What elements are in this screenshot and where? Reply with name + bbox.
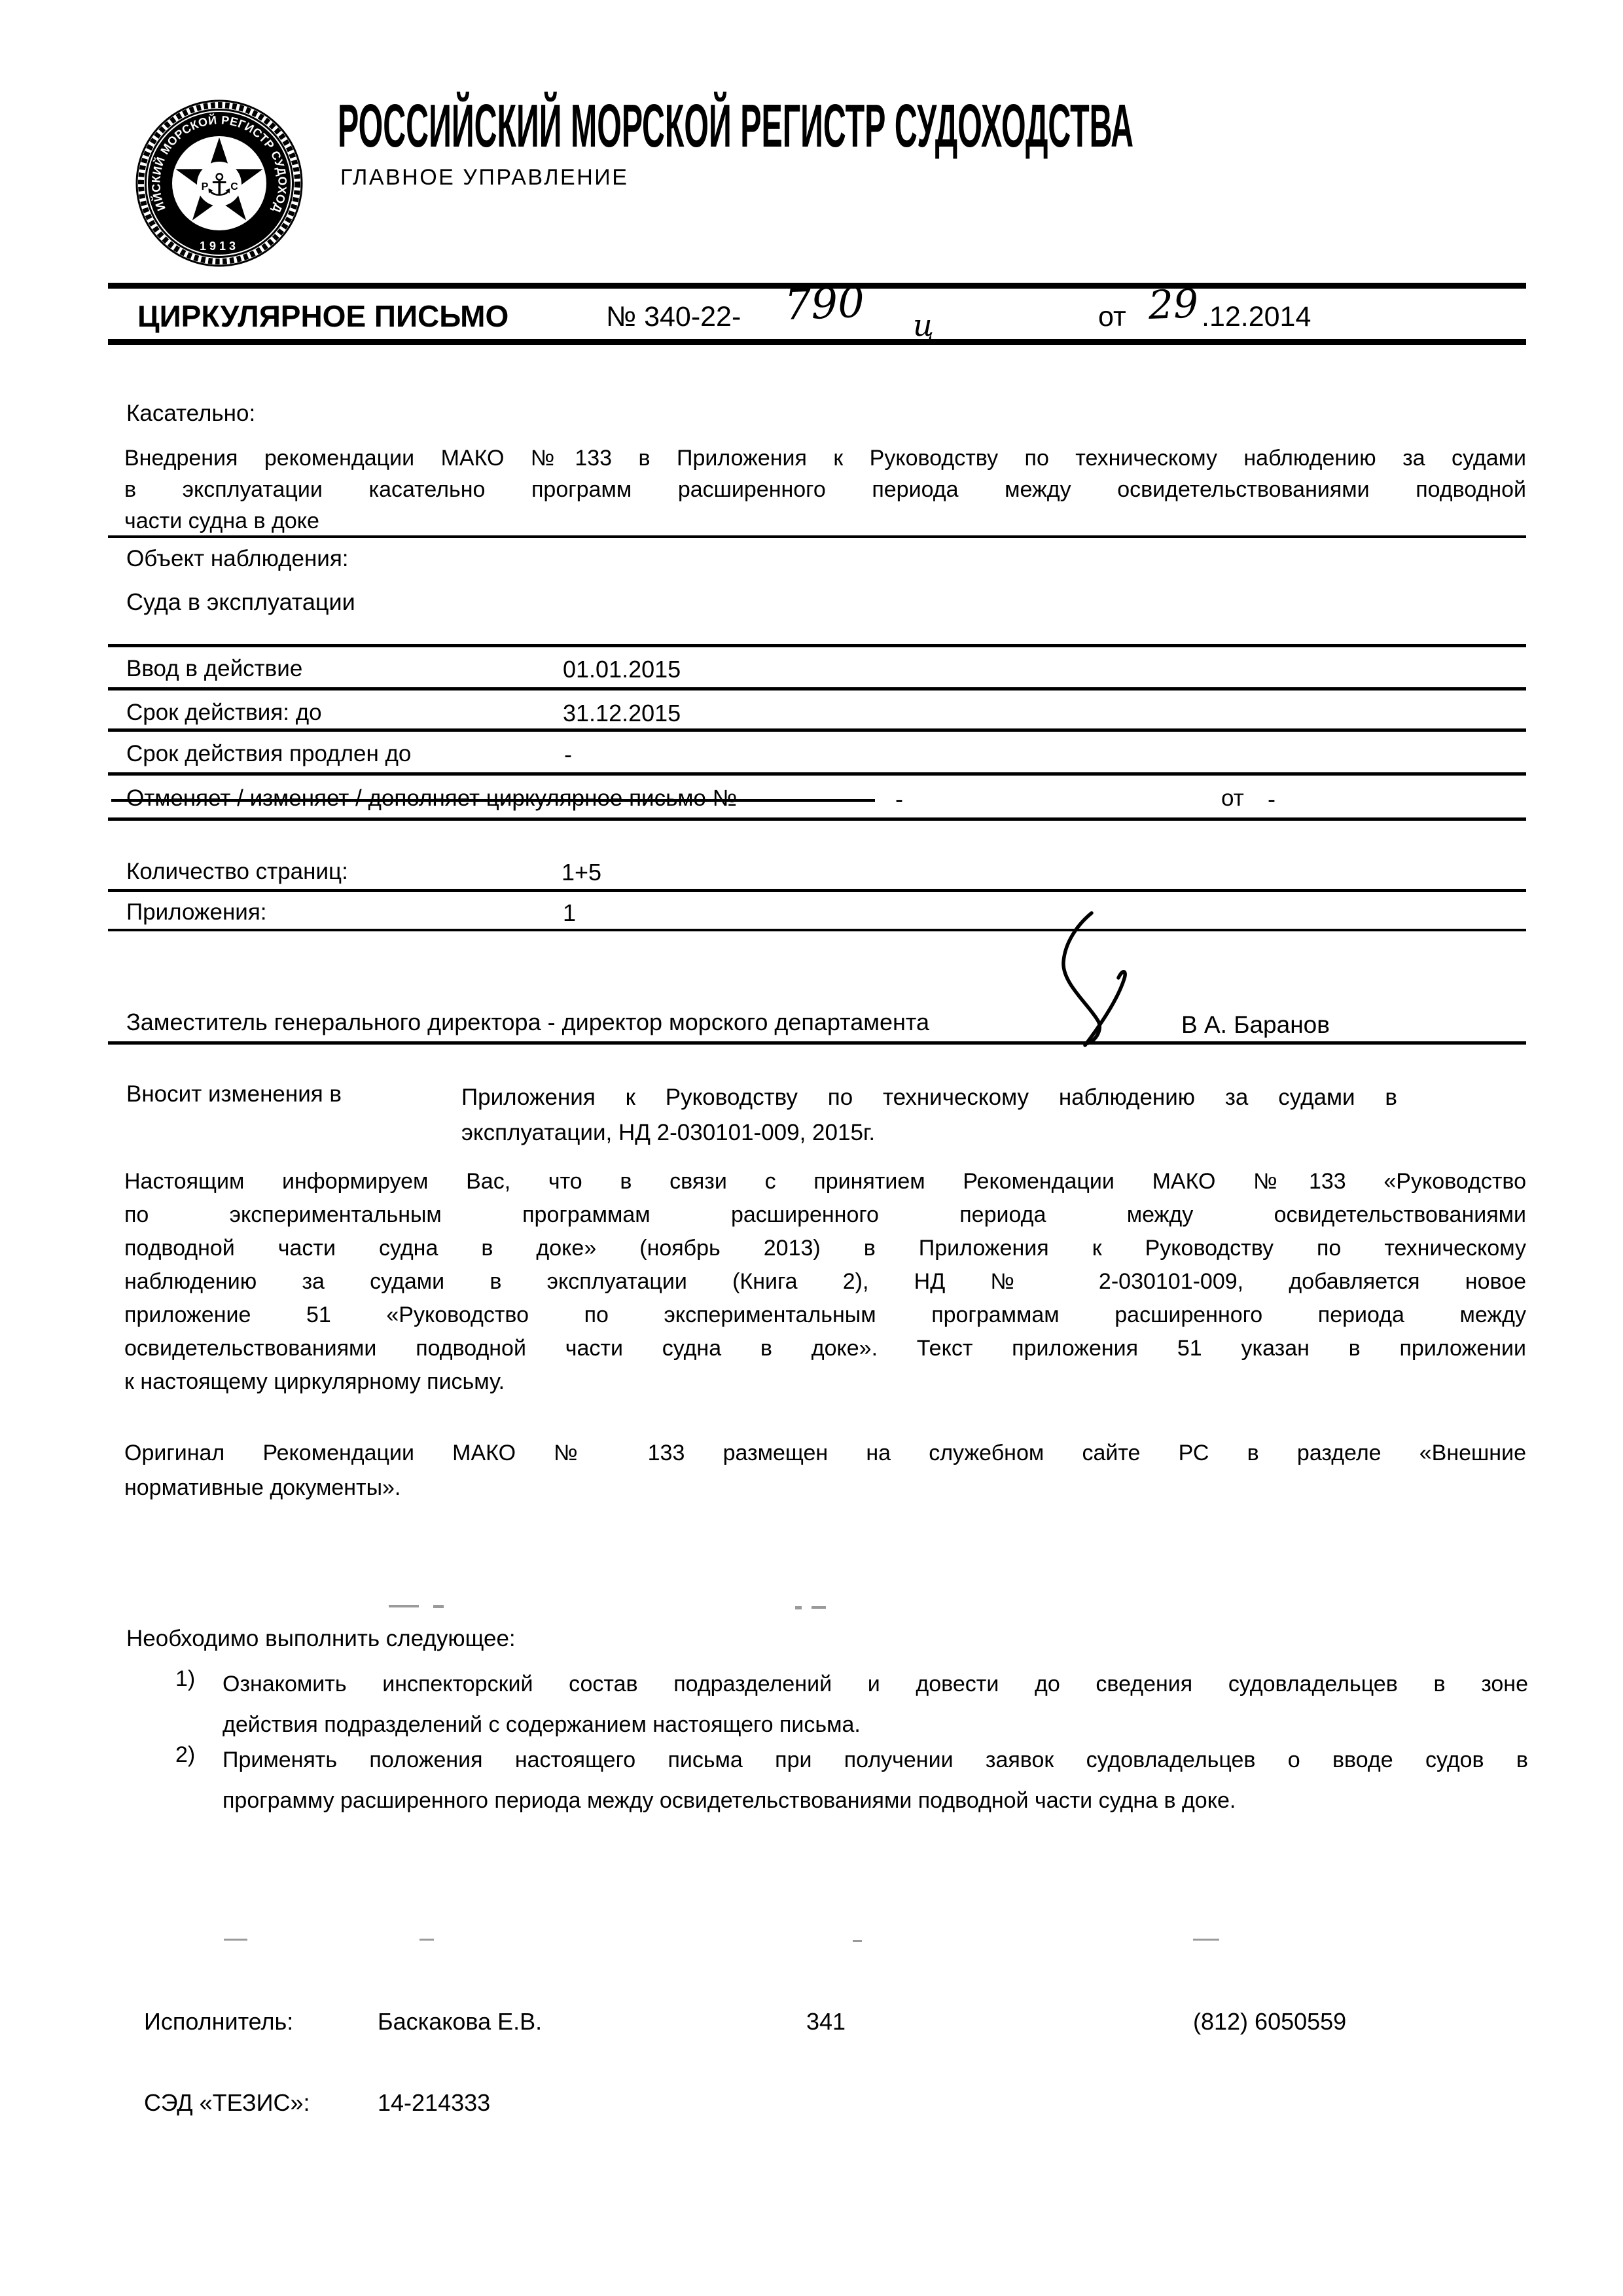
text-line: эксплуатации, НД 2-030101-009, 2015г.: [461, 1115, 1397, 1151]
letter-number-suffix-handwritten: ц: [913, 308, 934, 343]
document-type-title: ЦИРКУЛЯРНОЕ ПИСЬМО: [137, 298, 508, 334]
scan-artifact: [811, 1606, 826, 1609]
list-item: Применять положения настоящего письма пр…: [223, 1740, 1528, 1821]
text-line: подводной части судна в доке» (ноябрь 20…: [124, 1232, 1526, 1265]
text-line: наблюдению за судами в эксплуатации (Кни…: [124, 1265, 1526, 1299]
executor-phone: (812) 6050559: [1193, 2008, 1346, 2036]
table-row-value: -: [564, 741, 572, 768]
text-line: Приложения к Руководству по техническому…: [461, 1080, 1397, 1115]
letter-number-prefix: № 340-22-: [606, 301, 741, 333]
text-line: нормативные документы».: [124, 1471, 1526, 1505]
strikethrough-line: [111, 799, 875, 802]
text-line: освидетельствованиями подводной части су…: [124, 1332, 1526, 1365]
instructions-intro: Необходимо выполнить следующее:: [126, 1626, 516, 1652]
table-rule: [108, 772, 1526, 776]
list-item-number: 2): [175, 1742, 195, 1768]
date-printed: .12.2014: [1202, 301, 1311, 333]
executor-label: Исполнитель:: [144, 2008, 293, 2036]
section-rule: [108, 535, 1526, 538]
table-row-value: 01.01.2015: [563, 656, 681, 683]
signer-name: В А. Баранов: [1181, 1011, 1330, 1039]
regarding-label: Касательно:: [126, 401, 255, 427]
date-day-handwritten: 29: [1148, 281, 1200, 329]
text-line: по экспериментальным программам расширен…: [124, 1198, 1526, 1232]
table-rule: [108, 889, 1526, 892]
amends-target: Приложения к Руководству по техническому…: [461, 1080, 1397, 1151]
logo-letter-s: С: [230, 181, 238, 192]
logo-letter-r: Р: [202, 181, 209, 192]
scan-artifact: [389, 1605, 419, 1607]
from-label: от: [1221, 785, 1244, 812]
handwritten-signature: [1050, 902, 1139, 1052]
scan-artifact: [1193, 1939, 1219, 1941]
scan-artifact: [224, 1939, 247, 1941]
scan-artifact: [795, 1606, 802, 1609]
body-paragraph-1: Настоящим информируем Вас, что в связи с…: [124, 1165, 1526, 1399]
table-rule: [108, 728, 1526, 732]
table-row-value: 31.12.2015: [563, 700, 681, 727]
executor-extension: 341: [806, 2008, 846, 2036]
text-line: Ознакомить инспекторский состав подразде…: [223, 1664, 1528, 1704]
body-paragraph-2: Оригинал Рекомендации МАКО № 133 размеще…: [124, 1436, 1526, 1505]
table-row-label: Ввод в действие: [126, 656, 302, 682]
text-line: к настоящему циркулярному письму.: [124, 1365, 1526, 1399]
anchor-icon: ⚓: [205, 168, 233, 204]
text-line: программу расширенного периода между осв…: [223, 1780, 1528, 1821]
table-rule: [108, 929, 1526, 931]
text-line: части судна в доке: [124, 505, 1526, 537]
list-item-number: 1): [175, 1666, 195, 1692]
table-row-label: Приложения:: [126, 899, 267, 925]
date-label: от: [1098, 301, 1126, 333]
signature-rule: [108, 1041, 1526, 1045]
object-value: Суда в эксплуатации: [126, 588, 355, 616]
sed-label: СЭД «ТЕЗИС»:: [144, 2089, 310, 2117]
text-line: действия подразделений с содержанием нас…: [223, 1704, 1528, 1745]
scan-artifact: [419, 1939, 434, 1941]
text-line: Настоящим информируем Вас, что в связи с…: [124, 1165, 1526, 1198]
cancels-amends-label: Отменяет / изменяет / дополняет циркуляр…: [126, 785, 737, 812]
table-row-label: Количество страниц:: [126, 859, 348, 885]
header-rule-bottom: [108, 339, 1526, 345]
text-line: приложение 51 «Руководство по эксперимен…: [124, 1299, 1526, 1332]
signer-title: Заместитель генерального директора - дир…: [126, 1009, 929, 1036]
list-item: Ознакомить инспекторский состав подразде…: [223, 1664, 1528, 1745]
table-row-label: Срок действия продлен до: [126, 741, 411, 767]
text-line: Применять положения настоящего письма пр…: [223, 1740, 1528, 1780]
regarding-text: Внедрения рекомендации МАКО №133 в Прило…: [124, 442, 1526, 537]
table-row-value: 1+5: [562, 859, 601, 886]
amends-label: Вносит изменения в: [126, 1081, 342, 1107]
text-line: Внедрения рекомендации МАКО №133 в Прило…: [124, 442, 1526, 474]
scan-artifact: [853, 1940, 862, 1942]
logo-year: 1913: [200, 240, 239, 253]
executor-name: Баскакова Е.В.: [378, 2008, 542, 2036]
organization-name: РОССИЙСКИЙ МОРСКОЙ РЕГИСТР СУДОХОДСТВА: [338, 96, 1133, 156]
table-row-label: Срок действия: до: [126, 700, 322, 726]
text-line: в эксплуатации касательно программ расши…: [124, 474, 1526, 505]
letter-number-handwritten: 790: [783, 279, 865, 330]
object-label: Объект наблюдения:: [126, 546, 349, 572]
table-row-extra-value: -: [1268, 785, 1275, 813]
sed-value: 14-214333: [378, 2089, 490, 2117]
organization-unit: ГЛАВНОЕ УПРАВЛЕНИЕ: [340, 165, 628, 190]
table-rule: [108, 687, 1526, 691]
table-row-value: 1: [563, 899, 576, 927]
table-rule: [108, 817, 1526, 821]
document-page: РОССИЙСКИЙ МОРСКОЙ РЕГИСТР СУДОХОДСТВА 1…: [0, 0, 1623, 2296]
table-row-value: -: [895, 785, 903, 813]
registry-emblem-logo: РОССИЙСКИЙ МОРСКОЙ РЕГИСТР СУДОХОДСТВА 1…: [133, 97, 306, 270]
table-rule: [108, 644, 1526, 647]
scan-artifact: [433, 1605, 444, 1608]
text-line: Оригинал Рекомендации МАКО № 133 размеще…: [124, 1436, 1526, 1471]
